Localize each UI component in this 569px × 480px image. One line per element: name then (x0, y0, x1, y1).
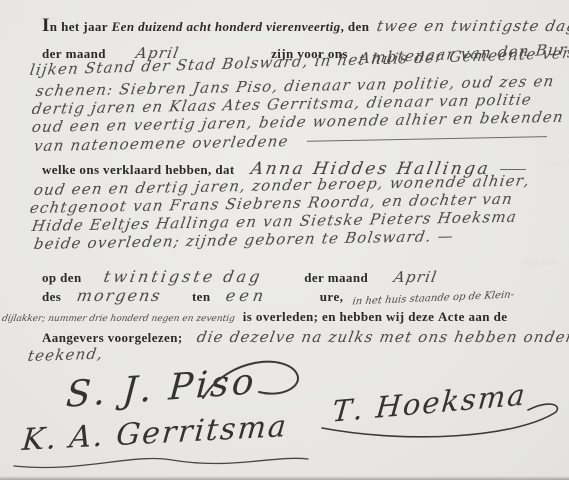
handwritten-house-number: dijlakker; nummer drie honderd negen en … (1, 314, 236, 324)
handwritten-text: teekend, (27, 345, 105, 365)
line-year-date: In het jaar Een duizend acht honderd vie… (42, 17, 569, 36)
line-read-aloud: Aangevers voorgelezen; die dezelve na zu… (42, 328, 569, 347)
print-year-text: Een duizend acht honderd vierenveertig (112, 19, 341, 34)
print-text: welke ons verklaard hebben, dat (42, 162, 235, 177)
print-text: is overleden; en hebben wij deze Acte aa… (243, 309, 508, 324)
signature-flourish (318, 398, 568, 446)
handwritten-house-street: in het huis staande op de Klein- (352, 290, 515, 308)
filler-dash (500, 169, 526, 170)
print-text: Aangevers voorgelezen; (42, 330, 183, 345)
handwritten-text: die dezelve na zulks met ons hebben onde… (195, 328, 569, 346)
print-text: ure, (320, 289, 344, 304)
ink-bleed-ghost: ∼∼ (520, 249, 562, 275)
print-text: , den (341, 19, 373, 34)
handwritten-hour: een (225, 286, 270, 305)
signature-flourish (195, 352, 315, 404)
handwritten-death-month: April (393, 268, 439, 286)
line-house-number: dijlakker; nummer drie honderd negen en … (2, 308, 507, 326)
line-signed-word: teekend, (28, 345, 104, 366)
death-record-page: ∼∼∼ ∼∼ In het jaar Een duizend acht hond… (0, 0, 569, 480)
print-text: des (42, 289, 61, 304)
handwritten-time-of-day: morgens (76, 286, 164, 305)
drop-cap: I (42, 15, 50, 36)
line-death-time-place: des morgens ten een ure, in het huis sta… (42, 286, 514, 306)
handwritten-death-day: twintigste dag (102, 267, 264, 286)
line-death-date: op den twintigste dag der maand April (42, 267, 437, 287)
ink-bleed-ghost: ∼∼∼ (541, 149, 569, 176)
signature-flourish (12, 448, 312, 474)
handwritten-day: twee en twintigste dag (375, 17, 569, 35)
handwritten-text: van natenoemene overledene (33, 132, 291, 155)
print-text: ten (192, 289, 211, 304)
print-text: n het jaar (50, 19, 112, 34)
filler-dash (307, 136, 547, 142)
print-text: der maand (304, 270, 368, 285)
scan-edge (0, 476, 569, 480)
print-text: op den (42, 270, 82, 285)
